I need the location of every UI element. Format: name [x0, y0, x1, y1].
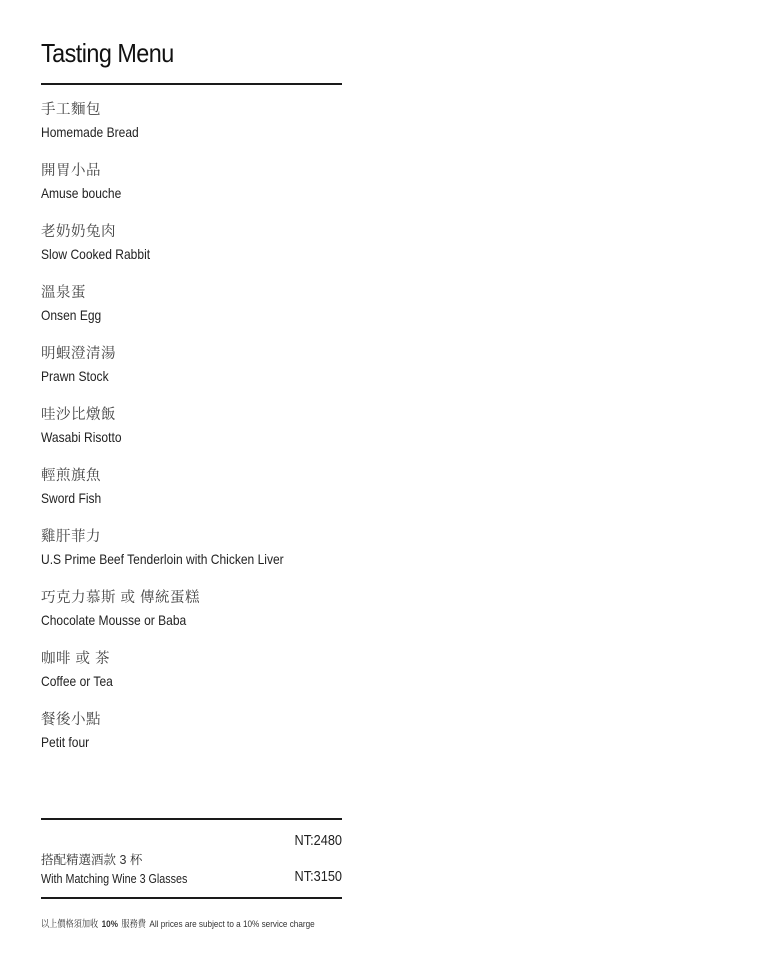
course-name-en: U.S Prime Beef Tenderloin with Chicken L… — [41, 550, 316, 568]
course-name-en: Wasabi Risotto — [41, 428, 316, 446]
course-name-zh: 開胃小品 — [41, 162, 361, 180]
base-price: NT:2480 — [294, 833, 342, 849]
pricing-divider-bottom — [41, 897, 342, 899]
course-name-zh: 手工麵包 — [41, 101, 361, 119]
course-name-zh: 巧克力慕斯 或 傳統蛋糕 — [41, 589, 361, 607]
course-item: 老奶奶兔肉 Slow Cooked Rabbit — [41, 223, 361, 263]
course-name-zh: 老奶奶兔肉 — [41, 223, 361, 241]
course-name-en: Chocolate Mousse or Baba — [41, 611, 316, 629]
service-charge-note: 以上價格須加收10%服務費All prices are subject to a… — [41, 916, 315, 930]
course-name-en: Onsen Egg — [41, 306, 316, 324]
menu-title: Tasting Menu — [41, 38, 174, 69]
course-name-en: Homemade Bread — [41, 123, 316, 141]
service-charge-en: All prices are subject to a 10% service … — [149, 919, 314, 930]
course-name-en: Coffee or Tea — [41, 672, 316, 690]
course-name-zh: 輕煎旗魚 — [41, 467, 361, 485]
course-item: 明蝦澄清湯 Prawn Stock — [41, 345, 361, 385]
course-name-zh: 哇沙比燉飯 — [41, 406, 361, 424]
course-item: 咖啡 或 茶 Coffee or Tea — [41, 650, 361, 690]
course-name-zh: 咖啡 或 茶 — [41, 650, 361, 668]
course-item: 開胃小品 Amuse bouche — [41, 162, 361, 202]
wine-pairing-price: NT:3150 — [294, 869, 342, 885]
course-item: 溫泉蛋 Onsen Egg — [41, 284, 361, 324]
course-name-en: Slow Cooked Rabbit — [41, 245, 316, 263]
course-name-en: Prawn Stock — [41, 367, 316, 385]
course-item: 手工麵包 Homemade Bread — [41, 101, 361, 141]
wine-pairing-en: With Matching Wine 3 Glasses — [41, 871, 300, 887]
course-item: 餐後小點 Petit four — [41, 711, 361, 751]
course-name-en: Sword Fish — [41, 489, 316, 507]
course-name-zh: 餐後小點 — [41, 711, 361, 729]
wine-pairing-zh: 搭配精選酒款 3 杯 — [41, 852, 342, 868]
course-name-zh: 雞肝菲力 — [41, 528, 361, 546]
course-name-en: Amuse bouche — [41, 184, 316, 202]
service-charge-percent: 10% — [102, 919, 118, 930]
service-charge-zh-suffix: 服務費 — [121, 919, 146, 930]
course-item: 雞肝菲力 U.S Prime Beef Tenderloin with Chic… — [41, 528, 361, 568]
course-name-en: Petit four — [41, 733, 316, 751]
course-item: 巧克力慕斯 或 傳統蛋糕 Chocolate Mousse or Baba — [41, 589, 361, 629]
course-name-zh: 明蝦澄清湯 — [41, 345, 361, 363]
course-item: 哇沙比燉飯 Wasabi Risotto — [41, 406, 361, 446]
title-divider — [41, 83, 342, 85]
course-item: 輕煎旗魚 Sword Fish — [41, 467, 361, 507]
service-charge-zh-prefix: 以上價格須加收 — [41, 919, 98, 930]
pricing-divider-top — [41, 818, 342, 820]
course-name-zh: 溫泉蛋 — [41, 284, 361, 302]
